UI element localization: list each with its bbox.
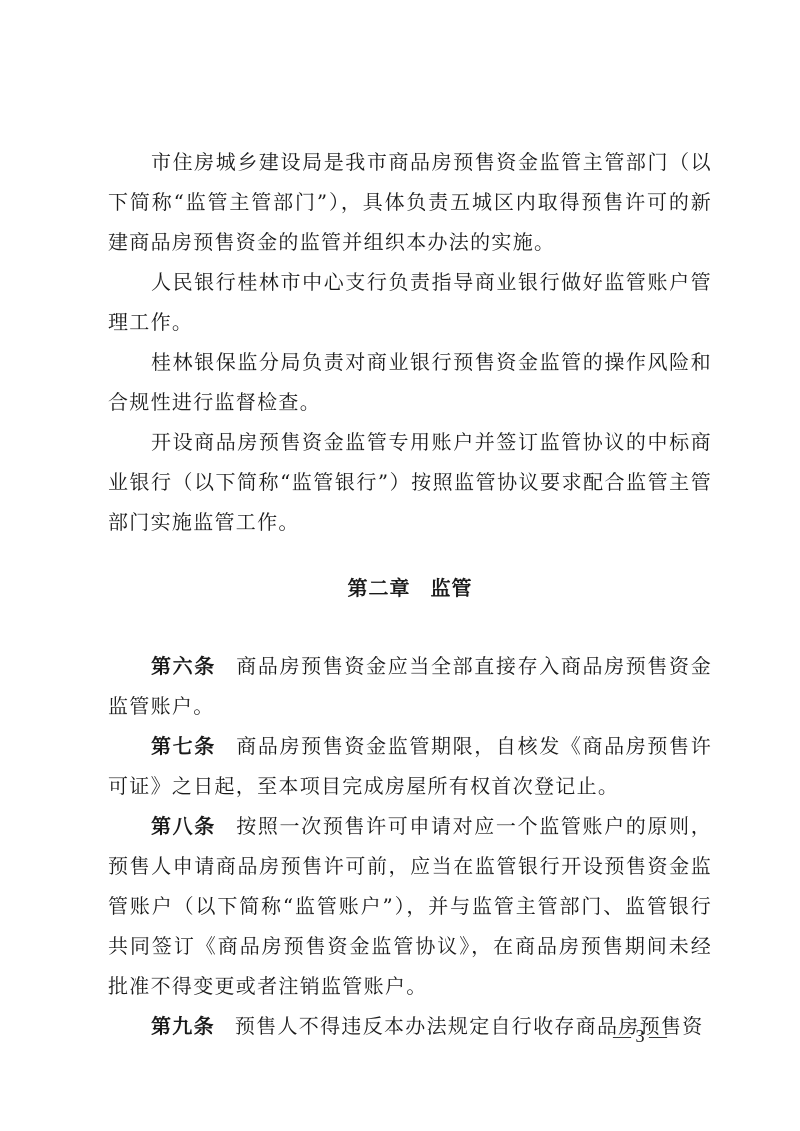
article-label: 第八条 [151, 814, 216, 838]
article-label: 第六条 [151, 654, 216, 678]
article-label: 第九条 [151, 1014, 215, 1038]
article-label: 第七条 [151, 734, 216, 758]
chapter-number: 第二章 [348, 576, 411, 600]
document-page: 市住房城乡建设局是我市商品房预售资金监管主管部门（以下简称“监管主管部门”），具… [0, 0, 800, 1131]
paragraph-cbirc-branch: 桂林银保监分局负责对商业银行预售资金监管的操作风险和合规性进行监督检查。 [108, 342, 712, 422]
paragraph-supervision-authority: 市住房城乡建设局是我市商品房预售资金监管主管部门（以下简称“监管主管部门”），具… [108, 142, 712, 262]
article-7: 第七条商品房预售资金监管期限，自核发《商品房预售许可证》之日起，至本项目完成房屋… [108, 726, 712, 806]
article-6: 第六条商品房预售资金应当全部直接存入商品房预售资金监管账户。 [108, 646, 712, 726]
document-body: 市住房城乡建设局是我市商品房预售资金监管主管部门（以下简称“监管主管部门”），具… [108, 142, 712, 1046]
article-text: 按照一次预售许可申请对应一个监管账户的原则，预售人申请商品房预售许可前，应当在监… [108, 814, 712, 998]
paragraph-pboc-branch: 人民银行桂林市中心支行负责指导商业银行做好监管账户管理工作。 [108, 262, 712, 342]
page-number: — 3 — [598, 1026, 682, 1047]
article-8: 第八条按照一次预售许可申请对应一个监管账户的原则，预售人申请商品房预售许可前，应… [108, 806, 712, 1006]
chapter-heading: 第二章监管 [108, 542, 712, 646]
chapter-title: 监管 [431, 576, 473, 600]
paragraph-supervising-bank: 开设商品房预售资金监管专用账户并签订监管协议的中标商业银行（以下简称“监管银行”… [108, 422, 712, 542]
